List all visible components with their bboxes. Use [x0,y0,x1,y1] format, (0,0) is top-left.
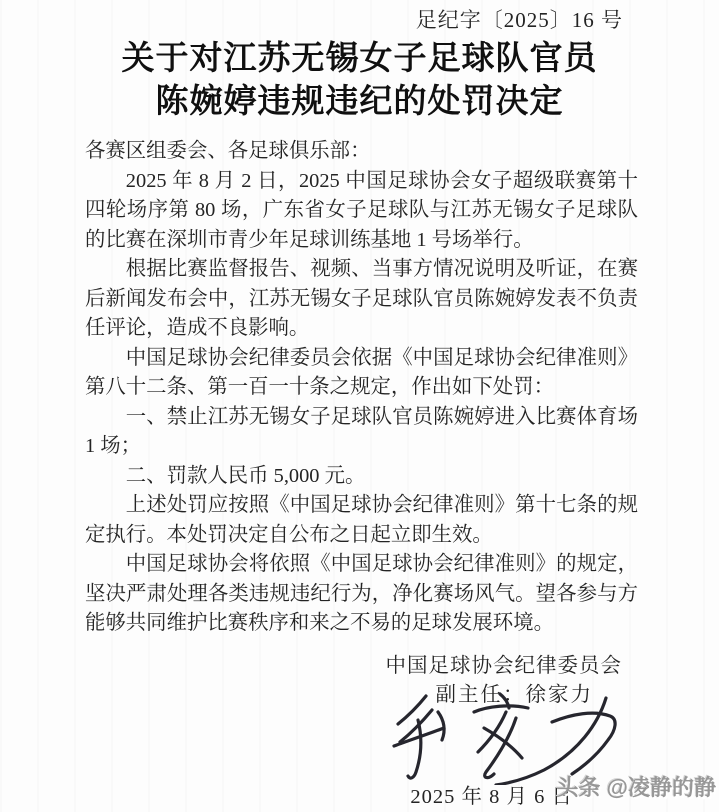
doc-paragraph-6: 上述处罚应按照《中国足球协会纪律准则》第十七条的规定执行。本处罚决定自公布之日起… [85,491,638,550]
doc-paragraph-1: 2025 年 8 月 2 日，2025 中国足球协会女子超级联赛第十四轮场序第 … [85,167,638,256]
doc-number: 足纪字〔2025〕16 号 [416,4,623,34]
doc-paragraph-2: 根据比赛监督报告、视频、当事方情况说明及听证，在赛后新闻发布会中，江苏无锡女子足… [85,255,638,344]
toutiao-watermark: 头条 @凌静的静 [556,771,716,802]
document-page: 足纪字〔2025〕16 号 关于对江苏无锡女子足球队官员 陈婉婷违规违纪的处罚决… [0,0,719,812]
salutation: 各赛区组委会、各足球俱乐部： [85,137,638,167]
doc-body: 各赛区组委会、各足球俱乐部： 2025 年 8 月 2 日，2025 中国足球协… [85,137,638,639]
doc-paragraph-5: 二、罚款人民币 5,000 元。 [85,462,638,492]
doc-paragraph-4: 一、禁止江苏无锡女子足球队官员陈婉婷进入比赛体育场 1 场； [85,403,638,462]
doc-title-line-2: 陈婉婷违规违纪的处罚决定 [0,81,719,124]
doc-title: 关于对江苏无锡女子足球队官员 陈婉婷违规违纪的处罚决定 [0,38,719,124]
doc-paragraph-3: 中国足球协会纪律委员会依据《中国足球协会纪律准则》第八十二条、第一百一十条之规定… [85,344,638,403]
doc-paragraph-7: 中国足球协会将依照《中国足球协会纪律准则》的规定，坚决严肃处理各类违规违纪行为，… [85,550,638,639]
watermark-text: 头条 @凌静的静 [556,775,716,800]
signature-org: 中国足球协会纪律委员会 [386,648,623,678]
doc-title-line-1: 关于对江苏无锡女子足球队官员 [0,38,719,81]
doc-date: 2025 年 8 月 6 日 [410,779,573,809]
